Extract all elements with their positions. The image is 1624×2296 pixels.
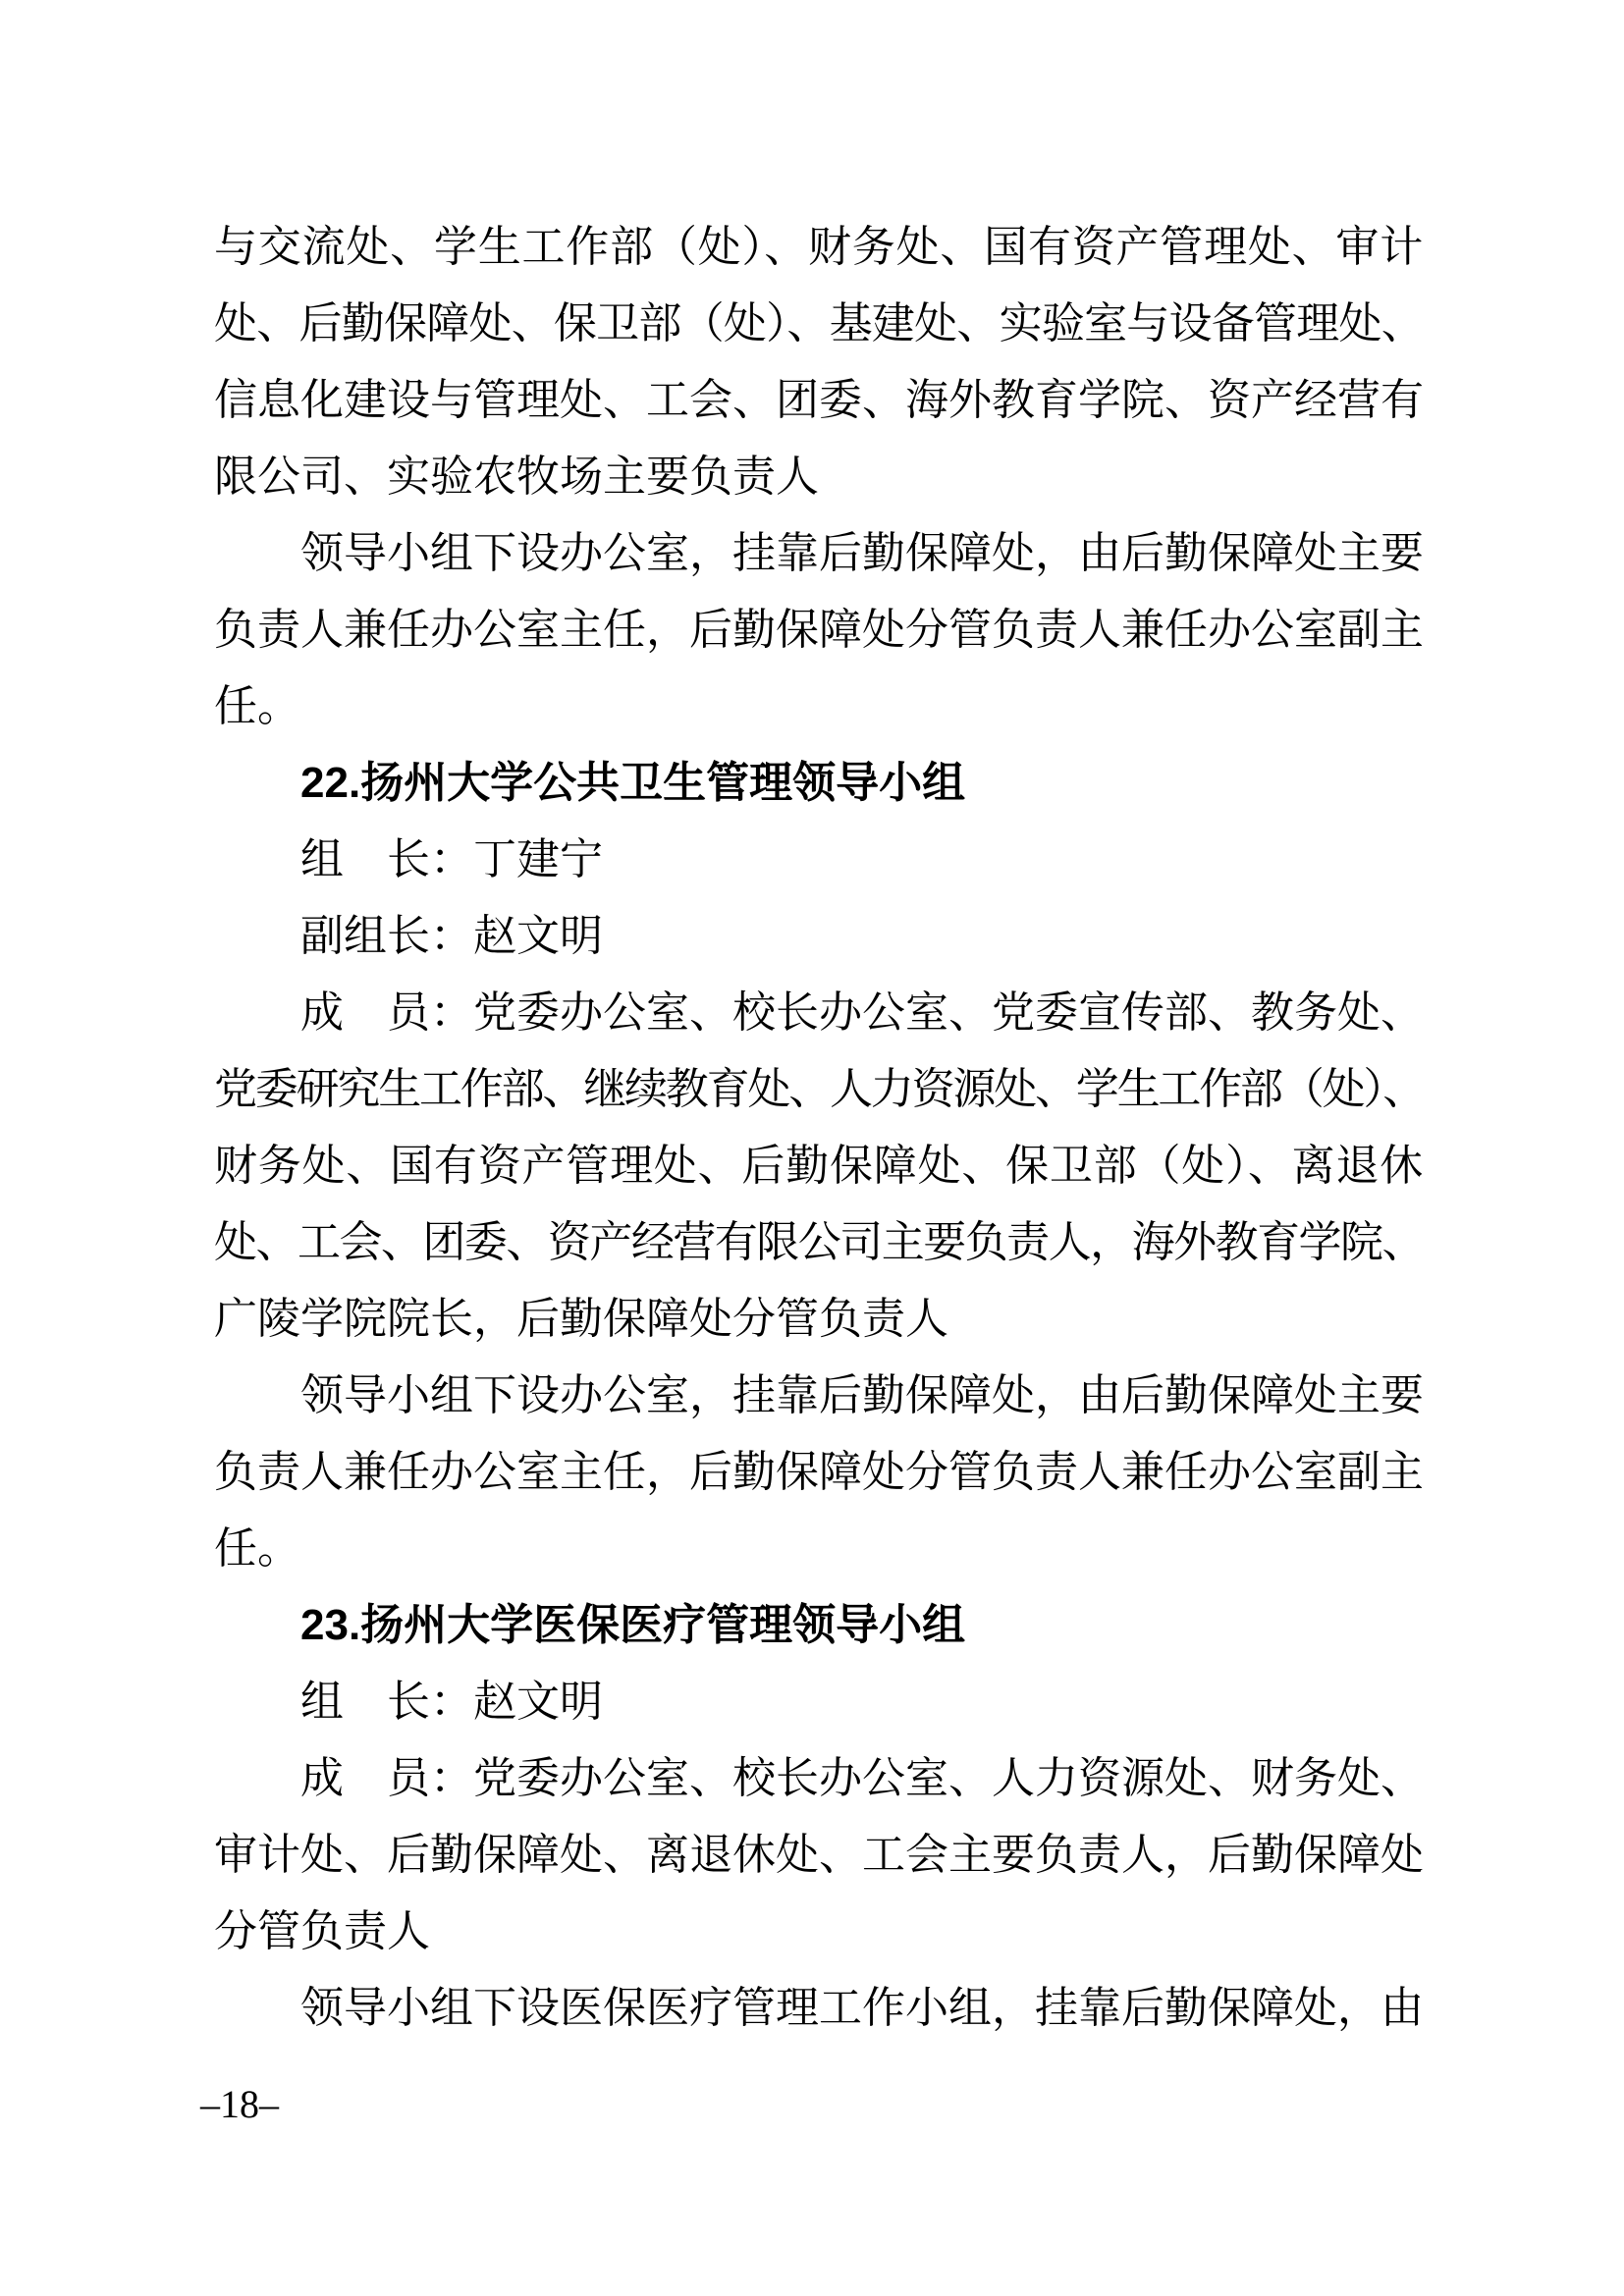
text-line-content: 成 员：党委办公室、校长办公室、人力资源处、财务处、 <box>300 1754 1424 1802</box>
text-line: 负责人兼任办公室主任，后勤保障处分管负责人兼任办公室副主 <box>214 1434 1424 1511</box>
section-heading: 22.扬州大学公共卫生管理领导小组 <box>214 745 1424 822</box>
text-line-content: 处、后勤保障处、保卫部（处）、基建处、实验室与设备管理处、 <box>214 299 1424 347</box>
text-line-content: 领导小组下设办公室，挂靠后勤保障处，由后勤保障处主要 <box>300 529 1424 577</box>
text-line-content: 党委研究生工作部、继续教育处、人力资源处、学生工作部（处）、 <box>214 1065 1424 1113</box>
text-line: 领导小组下设办公室，挂靠后勤保障处，由后勤保障处主要 <box>214 1358 1424 1434</box>
text-line: 任。 <box>214 668 1424 745</box>
text-line-content: 22.扬州大学公共卫生管理领导小组 <box>300 759 965 807</box>
text-lines: 与交流处、学生工作部（处）、财务处、国有资产管理处、审计处、后勤保障处、保卫部（… <box>214 209 1424 2047</box>
text-line: 成 员：党委办公室、校长办公室、人力资源处、财务处、 <box>214 1740 1424 1817</box>
text-line: 领导小组下设办公室，挂靠后勤保障处，由后勤保障处主要 <box>214 515 1424 592</box>
text-line: 副组长：赵文明 <box>214 898 1424 975</box>
text-line: 广陵学院院长，后勤保障处分管负责人 <box>214 1281 1424 1358</box>
page-number: –18– <box>200 2079 279 2130</box>
text-line-content: 负责人兼任办公室主任，后勤保障处分管负责人兼任办公室副主 <box>214 1448 1424 1496</box>
text-line: 财务处、国有资产管理处、后勤保障处、保卫部（处）、离退休 <box>214 1128 1424 1204</box>
text-line-content: 分管负责人 <box>214 1907 430 1955</box>
text-line-content: 领导小组下设医保医疗管理工作小组，挂靠后勤保障处，由 <box>300 1984 1424 2032</box>
text-line: 党委研究生工作部、继续教育处、人力资源处、学生工作部（处）、 <box>214 1051 1424 1128</box>
text-line: 组 长：丁建宁 <box>214 822 1424 898</box>
text-line-content: 与交流处、学生工作部（处）、财务处、国有资产管理处、审计 <box>214 223 1424 271</box>
text-line-content: 23.扬州大学医保医疗管理领导小组 <box>300 1601 965 1649</box>
text-line-content: 任。 <box>214 682 300 730</box>
text-line-content: 信息化建设与管理处、工会、团委、海外教育学院、资产经营有 <box>214 376 1424 424</box>
text-line: 分管负责人 <box>214 1894 1424 1970</box>
text-line-content: 组 长：赵文明 <box>300 1678 603 1726</box>
text-line: 限公司、实验农牧场主要负责人 <box>214 439 1424 515</box>
text-line-content: 限公司、实验农牧场主要负责人 <box>214 453 819 501</box>
text-line-content: 成 员：党委办公室、校长办公室、党委宣传部、教务处、 <box>300 988 1424 1037</box>
text-line: 任。 <box>214 1511 1424 1587</box>
text-line: 审计处、后勤保障处、离退休处、工会主要负责人，后勤保障处 <box>214 1817 1424 1894</box>
text-line: 处、后勤保障处、保卫部（处）、基建处、实验室与设备管理处、 <box>214 286 1424 362</box>
text-line: 处、工会、团委、资产经营有限公司主要负责人，海外教育学院、 <box>214 1204 1424 1281</box>
text-line-content: 广陵学院院长，后勤保障处分管负责人 <box>214 1295 948 1343</box>
text-line-content: 审计处、后勤保障处、离退休处、工会主要负责人，后勤保障处 <box>214 1831 1424 1879</box>
text-line: 负责人兼任办公室主任，后勤保障处分管负责人兼任办公室副主 <box>214 592 1424 668</box>
text-line-content: 组 长：丁建宁 <box>300 835 603 883</box>
section-heading: 23.扬州大学医保医疗管理领导小组 <box>214 1587 1424 1664</box>
text-line: 与交流处、学生工作部（处）、财务处、国有资产管理处、审计 <box>214 209 1424 286</box>
text-line-content: 处、工会、团委、资产经营有限公司主要负责人，海外教育学院、 <box>214 1218 1424 1266</box>
text-line-content: 领导小组下设办公室，挂靠后勤保障处，由后勤保障处主要 <box>300 1371 1424 1419</box>
text-line-content: 副组长：赵文明 <box>300 912 603 960</box>
text-line: 成 员：党委办公室、校长办公室、党委宣传部、教务处、 <box>214 975 1424 1051</box>
text-line: 信息化建设与管理处、工会、团委、海外教育学院、资产经营有 <box>214 362 1424 439</box>
text-line-content: 负责人兼任办公室主任，后勤保障处分管负责人兼任办公室副主 <box>214 606 1424 654</box>
text-line: 领导小组下设医保医疗管理工作小组，挂靠后勤保障处，由 <box>214 1970 1424 2047</box>
text-line: 组 长：赵文明 <box>214 1664 1424 1740</box>
document-page: 与交流处、学生工作部（处）、财务处、国有资产管理处、审计处、后勤保障处、保卫部（… <box>0 0 1624 2296</box>
text-line-content: 任。 <box>214 1524 300 1573</box>
text-line-content: 财务处、国有资产管理处、后勤保障处、保卫部（处）、离退休 <box>214 1142 1424 1190</box>
